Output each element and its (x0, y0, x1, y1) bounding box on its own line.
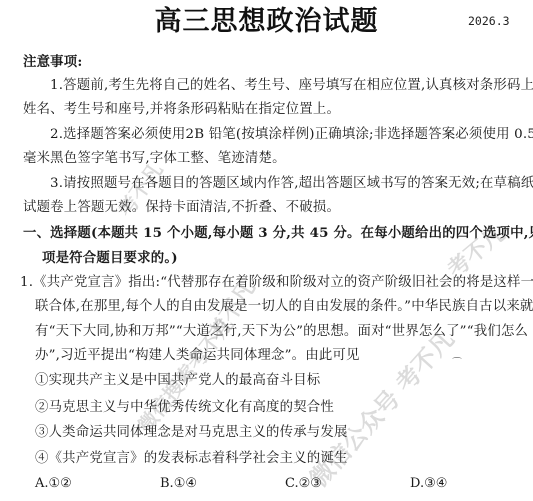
option-b-label: B. (160, 476, 174, 491)
notice-line-3: 2.选择题答案必须使用2B 铅笔(按填涂样例)正确填涂;非选择题答案必须使用 0… (50, 127, 533, 143)
option-b-value: ①④ (174, 476, 197, 491)
option-a[interactable]: A.①② (35, 476, 72, 492)
statement-3: ③人类命运共同体理念是对马克思主义的传承与发展 (35, 425, 348, 441)
stray-mark-icon: ⌒ (452, 354, 462, 369)
section-heading: 一、选择题(本题共 15 个小题,每小题 3 分,共 45 分。在每小题给出的四… (23, 225, 533, 241)
exam-title: 高三思想政治试题 (0, 6, 533, 38)
option-c-label: C. (285, 476, 299, 491)
exam-date: 2026.3 (468, 14, 510, 28)
statement-2: ②马克思主义与中华优秀传统文化有高度的契合性 (35, 400, 334, 416)
exam-page: 高三思想政治试题 2026.3 注意事项: 1.答题前,考生先将自己的姓名、考生… (0, 0, 533, 501)
option-b[interactable]: B.①④ (160, 476, 197, 492)
notice-line-2: 姓名、考生号和座号,并将条形码粘贴在指定位置上。 (23, 102, 340, 118)
question-stem-line-2: 联合体,在那里,每个人的自由发展是一切人的自由发展的条件。”中华民族自古以来就 (35, 299, 533, 315)
option-d[interactable]: D.③④ (410, 476, 447, 492)
option-a-value: ①② (49, 476, 72, 491)
statement-4: ④《共产党宣言》的发表标志着科学社会主义的诞生 (35, 451, 348, 467)
statement-1: ①实现共产主义是中国共产党人的最高奋斗目标 (35, 373, 320, 389)
notice-line-4: 毫米黑色签字笔书写,字体工整、笔迹清楚。 (23, 151, 286, 167)
question-stem-line-1: 1.《共产党宣言》指出:“代替那存在着阶级和阶级对立的资产阶级旧社会的将是这样一… (20, 275, 533, 291)
notice-line-5: 3.请按照题号在各题目的答题区域内作答,超出答题区域书写的答案无效;在草稿纸、 (50, 176, 533, 192)
notice-line-1: 1.答题前,考生先将自己的姓名、考生号、座号填写在相应位置,认真核对条形码上的 (50, 78, 533, 94)
question-stem-line-4: 办”,习近平提出“构建人类命运共同体理念”。由此可见 (35, 348, 360, 364)
question-stem-line-3: 有“天下大同,协和万邦”“大道之行,天下为公”的思想。面对“世界怎么了”“我们怎… (35, 324, 528, 340)
option-a-label: A. (35, 476, 49, 491)
notice-heading: 注意事项: (23, 54, 83, 70)
notice-line-6: 试题卷上答题无效。保持卡面清洁,不折叠、不破损。 (23, 200, 340, 216)
option-d-value: ③④ (424, 476, 447, 491)
option-d-label: D. (410, 476, 424, 491)
option-c[interactable]: C.②③ (285, 476, 322, 492)
section-heading-cont: 项是符合题目要求的。) (42, 250, 178, 266)
option-c-value: ②③ (299, 476, 322, 491)
